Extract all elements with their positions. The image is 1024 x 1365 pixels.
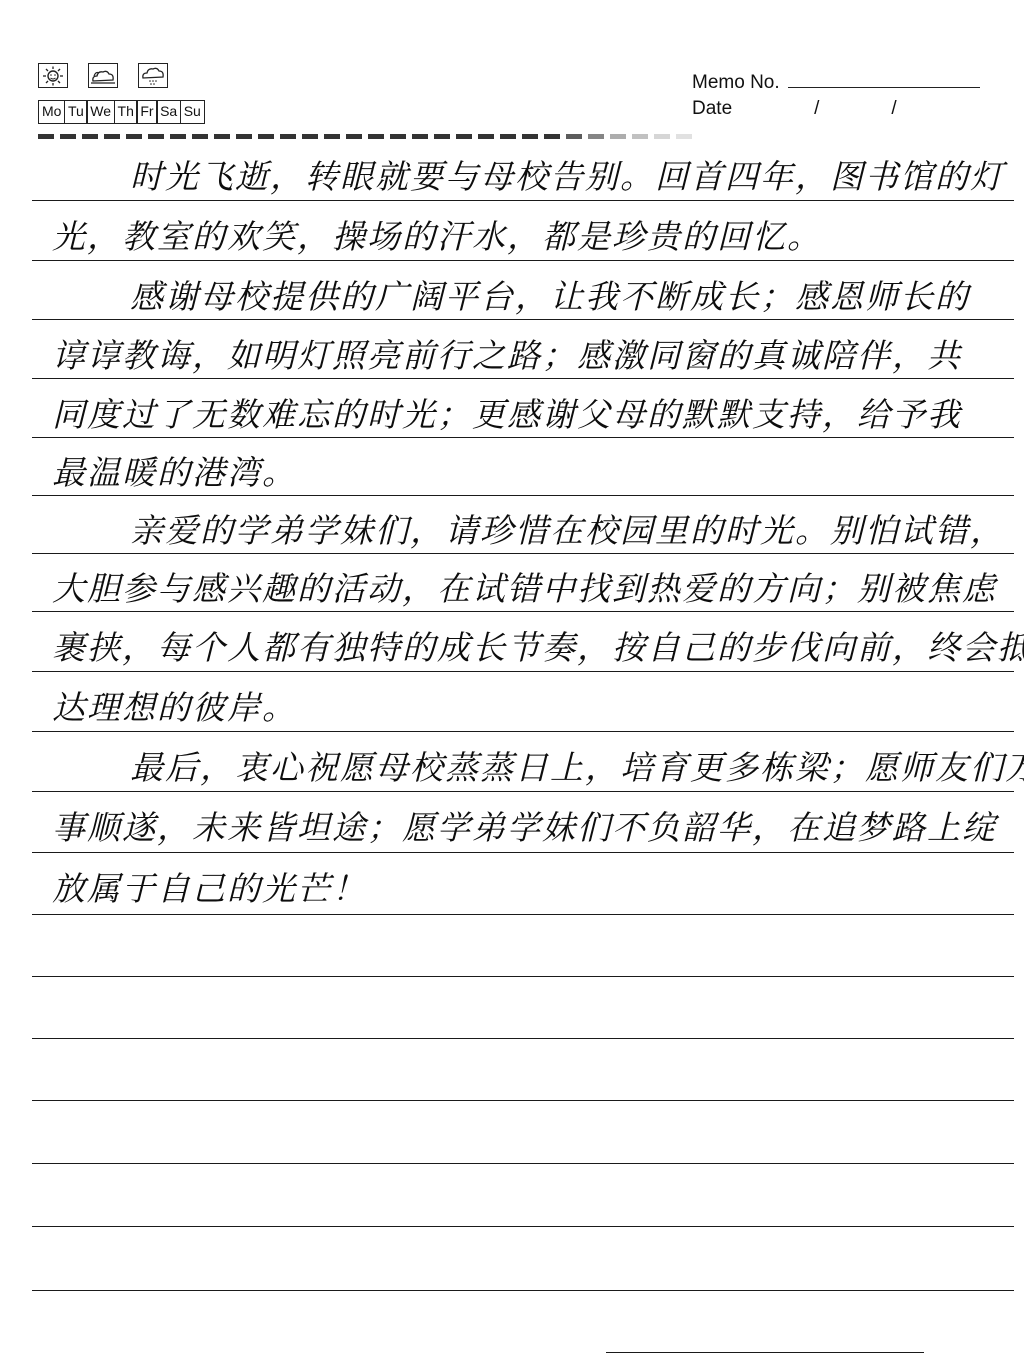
- ruled-line: [32, 437, 1014, 438]
- text-line-1: 时光飞逝，转眼就要与母校告别。回首四年，图书馆的灯: [52, 157, 1024, 197]
- text-line-6: 最温暖的港湾。: [52, 453, 1002, 493]
- date-label: Date: [692, 96, 732, 122]
- header-divider: [38, 134, 868, 140]
- day-fr[interactable]: Fr: [136, 100, 157, 124]
- cloudy-icon[interactable]: [88, 63, 118, 88]
- day-sa[interactable]: Sa: [156, 100, 181, 124]
- weekday-selector: Mo Tu We Th Fr Sa Su: [38, 100, 205, 124]
- memo-no-field[interactable]: [788, 73, 980, 88]
- signature-line: [606, 1352, 924, 1353]
- ruled-line: [32, 200, 1014, 201]
- ruled-line: [32, 791, 1014, 792]
- ruled-line: [32, 611, 1014, 612]
- day-tu[interactable]: Tu: [64, 100, 88, 124]
- day-su[interactable]: Su: [180, 100, 205, 124]
- memo-no-row: Memo No.: [692, 70, 980, 96]
- ruled-line: [32, 319, 1014, 320]
- date-separator-1: /: [814, 96, 819, 122]
- weather-icons: [38, 63, 168, 88]
- ruled-line: [32, 1038, 1014, 1039]
- text-line-10: 达理想的彼岸。: [52, 688, 1002, 728]
- text-line-4: 谆谆教诲，如明灯照亮前行之路；感激同窗的真诚陪伴，共: [52, 336, 1002, 376]
- date-row: Date / /: [692, 96, 980, 122]
- ruled-line: [32, 852, 1014, 853]
- text-line-11: 最后，衷心祝愿母校蒸蒸日上，培育更多栋梁；愿师友们万: [52, 748, 1024, 788]
- text-line-12: 事顺遂，未来皆坦途；愿学弟学妹们不负韶华，在追梦路上绽: [52, 808, 1002, 848]
- ruled-line: [32, 1100, 1014, 1101]
- text-line-5: 同度过了无数难忘的时光；更感谢父母的默默支持，给予我: [52, 395, 1002, 435]
- ruled-line: [32, 671, 1014, 672]
- text-line-3: 感谢母校提供的广阔平台，让我不断成长；感恩师长的: [52, 277, 1024, 317]
- text-line-7: 亲爱的学弟学妹们，请珍惜在校园里的时光。别怕试错，: [52, 511, 1024, 551]
- ruled-line: [32, 1163, 1014, 1164]
- date-separator-2: /: [891, 96, 896, 122]
- ruled-line: [32, 731, 1014, 732]
- ruled-line: [32, 260, 1014, 261]
- text-line-9: 裹挟，每个人都有独特的成长节奏，按自己的步伐向前，终会抵: [52, 628, 1002, 668]
- day-mo[interactable]: Mo: [38, 100, 65, 124]
- ruled-line: [32, 1226, 1014, 1227]
- rain-icon[interactable]: [138, 63, 168, 88]
- ruled-line: [32, 378, 1014, 379]
- ruled-line: [32, 553, 1014, 554]
- ruled-line: [32, 914, 1014, 915]
- sun-icon[interactable]: [38, 63, 68, 88]
- memo-header: Memo No. Date / /: [692, 70, 980, 122]
- ruled-line: [32, 495, 1014, 496]
- memo-no-label: Memo No.: [692, 70, 780, 96]
- text-line-2: 光，教室的欢笑，操场的汗水，都是珍贵的回忆。: [52, 217, 1002, 257]
- text-line-8: 大胆参与感兴趣的活动，在试错中找到热爱的方向；别被焦虑: [52, 569, 1002, 609]
- text-line-13: 放属于自己的光芒！: [52, 869, 1002, 909]
- day-th[interactable]: Th: [114, 100, 138, 124]
- ruled-line: [32, 1290, 1014, 1291]
- ruled-line: [32, 976, 1014, 977]
- day-we[interactable]: We: [86, 100, 115, 124]
